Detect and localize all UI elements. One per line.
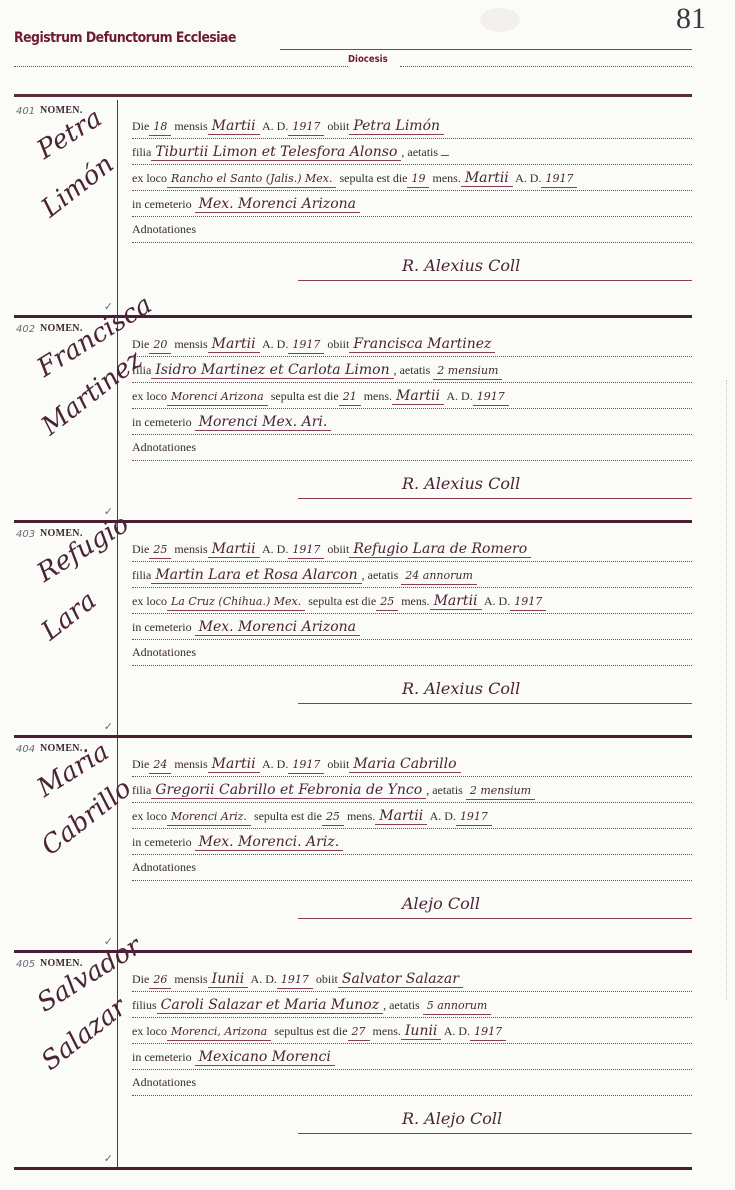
label-sepulta: sepulta (254, 809, 288, 823)
death-month: Martii (208, 336, 260, 353)
burial-year: 1917 (456, 809, 492, 826)
signature-line: R. Alexius Coll (298, 256, 692, 281)
label-obiit: obiit (316, 972, 338, 986)
label-adnotationes: Adnotationes (132, 222, 196, 236)
priest-signature: R. Alexius Coll (398, 258, 524, 274)
label-mens: mens. (432, 171, 460, 185)
entry-column: Die24 mensisMartii A. D.1917 obiitMaria … (118, 738, 692, 950)
label-ad: A. D. (430, 809, 456, 823)
label-adnotationes: Adnotationes (132, 645, 196, 659)
cemetery: Mex. Morenci Arizona (195, 196, 360, 213)
label-ad: A. D. (262, 119, 288, 133)
page-edge (726, 380, 728, 1000)
label-obiit: obiit (327, 757, 349, 771)
death-record: 401 NOMEN. Petra Limón ✓ Die18 mensisMar… (14, 100, 692, 318)
entry-column: Die20 mensisMartii A. D.1917 obiitFranci… (118, 318, 692, 520)
top-rule (14, 94, 692, 97)
record-number: 403 (16, 529, 35, 540)
death-day: 20 (149, 337, 171, 354)
label-ex-loco: ex loco (132, 171, 167, 185)
origin-burial-line: ex locoMorenci Arizona sepulta est die21… (132, 388, 692, 412)
name-column: 403 NOMEN. Refugio Lara ✓ (14, 523, 118, 735)
priest-signature: R. Alexius Coll (398, 681, 524, 697)
checkmark-icon: ✓ (104, 1152, 113, 1165)
death-record: 402 NOMEN. Francisca Martinez ✓ Die20 me… (14, 318, 692, 523)
record-number: 402 (16, 324, 35, 335)
diocesis-line-right (400, 66, 692, 67)
title-underline (280, 49, 692, 50)
label-ad: A. D. (446, 389, 472, 403)
label-filia: filia (132, 363, 151, 377)
origin: Morenci Arizona (167, 389, 268, 406)
label-aetatis: , aetatis (401, 145, 438, 159)
register-title: Registrum Defunctorum Ecclesiae (14, 30, 425, 46)
label-ad: A. D. (484, 594, 510, 608)
deceased-name: Maria Cabrillo (349, 756, 460, 773)
burial-day: 21 (339, 389, 361, 406)
death-year: 1917 (288, 337, 324, 354)
label-aetatis: , aetatis (426, 783, 463, 797)
record-number: 401 (16, 106, 35, 117)
signature-line: R. Alexius Coll (298, 679, 692, 704)
parents: Gregorii Cabrillo et Febronia de Ynco (151, 782, 426, 799)
death-year: 1917 (288, 542, 324, 559)
parents-line: filiaIsidro Martinez et Carlota Limon, a… (132, 362, 692, 386)
death-day: 26 (149, 972, 171, 989)
parents: Isidro Martinez et Carlota Limon (151, 362, 393, 379)
burial-day: 19 (407, 171, 429, 188)
death-month: Iunii (208, 971, 249, 988)
stain (480, 8, 520, 32)
label-obiit: obiit (327, 337, 349, 351)
burial-month: Iunii (401, 1023, 442, 1040)
death-year: 1917 (288, 119, 324, 136)
label-die: Die (132, 972, 149, 986)
origin: Rancho el Santo (Jalis.) Mex. (167, 171, 336, 188)
cemetery-line: in cemeterio Mex. Morenci Arizona (132, 619, 692, 643)
label-ex-loco: ex loco (132, 1024, 167, 1038)
annotations-line: Adnotationes (132, 440, 692, 464)
label-in-cemeterio: in cemeterio (132, 835, 192, 849)
record-number: 405 (16, 959, 35, 970)
deceased-name: Salvator Salazar (338, 971, 463, 988)
label-die: Die (132, 119, 149, 133)
burial-day: 25 (376, 594, 398, 611)
page-number: 81 (676, 2, 706, 36)
label-obiit: obiit (327, 542, 349, 556)
label-adnotationes: Adnotationes (132, 1075, 196, 1089)
label-est-die: est die (345, 594, 376, 608)
signature-line: R. Alexius Coll (298, 474, 692, 499)
death-record: 403 NOMEN. Refugio Lara ✓ Die25 mensisMa… (14, 523, 692, 738)
annotations-line: Adnotationes (132, 1075, 692, 1099)
death-record: 405 NOMEN. Salvador Salazar ✓ Die26 mens… (14, 953, 692, 1170)
label-mensis: mensis (174, 119, 207, 133)
origin-burial-line: ex locoMorenci Ariz. sepulta est die25 m… (132, 808, 692, 832)
origin-burial-line: ex locoRancho el Santo (Jalis.) Mex. sep… (132, 170, 692, 194)
death-date-line: Die25 mensisMartii A. D.1917 obiitRefugi… (132, 541, 692, 565)
label-in-cemeterio: in cemeterio (132, 620, 192, 634)
age: 24 annorum (401, 568, 477, 585)
annotations-line: Adnotationes (132, 222, 692, 246)
burial-month: Martii (461, 170, 513, 187)
label-in-cemeterio: in cemeterio (132, 197, 192, 211)
burial-year: 1917 (510, 594, 546, 611)
burial-day: 25 (322, 809, 344, 826)
checkmark-icon: ✓ (104, 720, 113, 733)
label-ex-loco: ex loco (132, 389, 167, 403)
records-list: 401 NOMEN. Petra Limón ✓ Die18 mensisMar… (14, 100, 692, 1170)
cemetery: Mex. Morenci. Ariz. (195, 834, 344, 851)
label-est-die: est die (291, 809, 322, 823)
label-ex-loco: ex loco (132, 809, 167, 823)
label-sepulta: sepultus (274, 1024, 313, 1038)
label-est-die: est die (376, 171, 407, 185)
label-aetatis: , aetatis (362, 568, 399, 582)
name-column: 405 NOMEN. Salvador Salazar ✓ (14, 953, 118, 1167)
deceased-name: Refugio Lara de Romero (349, 541, 531, 558)
label-obiit: obiit (327, 119, 349, 133)
parents: Tiburtii Limon et Telesfora Alonso (151, 144, 401, 161)
label-est-die: est die (317, 1024, 348, 1038)
origin: Morenci Ariz. (167, 809, 251, 826)
label-aetatis: , aetatis (394, 363, 431, 377)
burial-year: 1917 (470, 1024, 506, 1041)
label-die: Die (132, 542, 149, 556)
label-ad: A. D. (262, 542, 288, 556)
label-mensis: mensis (174, 757, 207, 771)
parents-line: filiaMartin Lara et Rosa Alarcon, aetati… (132, 567, 692, 591)
label-ad: A. D. (262, 757, 288, 771)
death-year: 1917 (288, 757, 324, 774)
label-est-die: est die (308, 389, 339, 403)
origin: La Cruz (Chihua.) Mex. (167, 594, 305, 611)
signature-line: Alejo Coll (298, 894, 692, 919)
label-mens: mens. (364, 389, 392, 403)
cemetery-line: in cemeterio Mexicano Morenci (132, 1049, 692, 1073)
label-filia: filia (132, 145, 151, 159)
cemetery-line: in cemeterio Mex. Morenci Arizona (132, 196, 692, 220)
name-column: 404 NOMEN. Maria Cabrillo ✓ (14, 738, 118, 950)
parents-line: filiusCaroli Salazar et Maria Munoz, aet… (132, 997, 692, 1021)
origin: Morenci, Arizona (167, 1024, 271, 1041)
label-mensis: mensis (174, 542, 207, 556)
label-adnotationes: Adnotationes (132, 860, 196, 874)
burial-month: Martii (392, 388, 444, 405)
cemetery: Morenci Mex. Ari. (195, 414, 332, 431)
cemetery: Mexicano Morenci (195, 1049, 335, 1066)
label-die: Die (132, 337, 149, 351)
death-month: Martii (208, 118, 260, 135)
burial-day: 27 (348, 1024, 370, 1041)
death-date-line: Die18 mensisMartii A. D.1917 obiitPetra … (132, 118, 692, 142)
label-mensis: mensis (174, 972, 207, 986)
label-mens: mens. (347, 809, 375, 823)
age (441, 155, 449, 156)
name-column: 401 NOMEN. Petra Limón ✓ (14, 100, 118, 315)
parents-line: filiaTiburtii Limon et Telesfora Alonso,… (132, 144, 692, 168)
age: 5 annorum (423, 998, 492, 1015)
label-in-cemeterio: in cemeterio (132, 1050, 192, 1064)
label-sepulta: sepulta (339, 171, 373, 185)
cemetery-line: in cemeterio Mex. Morenci. Ariz. (132, 834, 692, 858)
signature-line: R. Alejo Coll (298, 1109, 692, 1134)
diocesis-line-left (14, 66, 348, 67)
death-day: 18 (149, 119, 171, 136)
priest-signature: R. Alejo Coll (398, 1111, 506, 1127)
label-ad: A. D. (515, 171, 541, 185)
priest-signature: Alejo Coll (398, 896, 484, 912)
entry-column: Die18 mensisMartii A. D.1917 obiitPetra … (118, 100, 692, 315)
deceased-name: Francisca Martinez (349, 336, 495, 353)
diocesis-label: Diocesis (348, 54, 388, 65)
name-last-handwritten: Lara (36, 586, 102, 647)
death-month: Martii (208, 756, 260, 773)
record-number: 404 (16, 744, 35, 755)
death-date-line: Die26 mensisIunii A. D.1917 obiitSalvato… (132, 971, 692, 995)
parents-line: filiaGregorii Cabrillo et Febronia de Yn… (132, 782, 692, 806)
name-column: 402 NOMEN. Francisca Martinez ✓ (14, 318, 118, 520)
label-ad: A. D. (444, 1024, 470, 1038)
death-month: Martii (208, 541, 260, 558)
annotations-line: Adnotationes (132, 860, 692, 884)
burial-month: Martii (430, 593, 482, 610)
age: 2 mensium (466, 783, 535, 800)
priest-signature: R. Alexius Coll (398, 476, 524, 492)
cemetery-line: in cemeterio Morenci Mex. Ari. (132, 414, 692, 438)
age: 2 mensium (433, 363, 502, 380)
origin-burial-line: ex locoLa Cruz (Chihua.) Mex. sepulta es… (132, 593, 692, 617)
death-date-line: Die24 mensisMartii A. D.1917 obiitMaria … (132, 756, 692, 780)
label-in-cemeterio: in cemeterio (132, 415, 192, 429)
entry-column: Die26 mensisIunii A. D.1917 obiitSalvato… (118, 953, 692, 1167)
label-die: Die (132, 757, 149, 771)
parents: Martin Lara et Rosa Alarcon (151, 567, 361, 584)
label-sepulta: sepulta (271, 389, 305, 403)
label-mens: mens. (401, 594, 429, 608)
label-adnotationes: Adnotationes (132, 440, 196, 454)
label-sepulta: sepulta (308, 594, 342, 608)
origin-burial-line: ex locoMorenci, Arizona sepultus est die… (132, 1023, 692, 1047)
label-filia: filia (132, 783, 151, 797)
death-date-line: Die20 mensisMartii A. D.1917 obiitFranci… (132, 336, 692, 360)
death-year: 1917 (277, 972, 313, 989)
label-mens: mens. (373, 1024, 401, 1038)
label-ex-loco: ex loco (132, 594, 167, 608)
death-record: 404 NOMEN. Maria Cabrillo ✓ Die24 mensis… (14, 738, 692, 953)
label-filia: filia (132, 568, 151, 582)
label-aetatis: , aetatis (383, 998, 420, 1012)
label-ad: A. D. (251, 972, 277, 986)
cemetery: Mex. Morenci Arizona (195, 619, 360, 636)
label-ad: A. D. (262, 337, 288, 351)
deceased-name: Petra Limón (349, 118, 444, 135)
entry-column: Die25 mensisMartii A. D.1917 obiitRefugi… (118, 523, 692, 735)
burial-month: Martii (375, 808, 427, 825)
death-day: 25 (149, 542, 171, 559)
death-day: 24 (149, 757, 171, 774)
burial-year: 1917 (541, 171, 577, 188)
label-mensis: mensis (174, 337, 207, 351)
parents: Caroli Salazar et Maria Munoz (157, 997, 383, 1014)
annotations-line: Adnotationes (132, 645, 692, 669)
burial-year: 1917 (473, 389, 509, 406)
label-filia: filius (132, 998, 157, 1012)
